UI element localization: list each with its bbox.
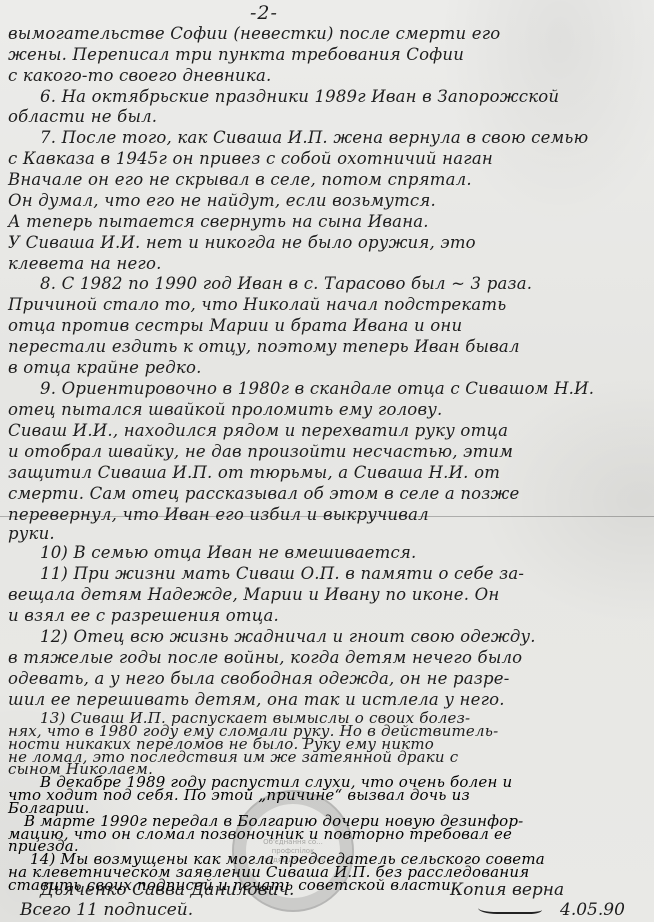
text-line: и отобрал швайку, не дав произойти несча… — [8, 442, 513, 462]
text-line: У Сиваша И.И. нет и никогда не было оруж… — [8, 233, 476, 253]
text-line: жены. Переписал три пункта требования Со… — [8, 45, 464, 65]
text-line: одевать, а у него была свободная одежда,… — [8, 669, 510, 689]
list-item-12: 12) Отец всю жизнь жадничал и гноит свою… — [40, 627, 536, 647]
text-line: клевета на него. — [8, 254, 162, 274]
signature-count: Всего 11 подписей. — [20, 900, 193, 920]
text-line: с какого-то своего дневника. — [8, 66, 271, 86]
text-line: перевернул, что Иван его избил и выкручи… — [8, 505, 429, 525]
text-line: перестали ездить к отцу, поэтому теперь … — [8, 337, 520, 357]
page-number: -2- — [250, 2, 278, 24]
list-item-9: 9. Ориентировочно в 1980г в скандале отц… — [40, 379, 594, 399]
text-line: Вначале он его не скрывал в селе, потом … — [8, 170, 472, 190]
text-line: в тяжелые годы после войны, когда детям … — [8, 648, 522, 668]
certification-date: 4.05.90 — [560, 900, 625, 920]
paragraph-december-1989: В декабре 1989 году распустил слухи, что… — [40, 775, 512, 789]
stamp-text: Об'єднання со... профспілок трудящих ...… — [258, 838, 328, 865]
list-item-7: 7. После того, как Сиваша И.П. жена верн… — [40, 128, 588, 148]
text-line: смерти. Сам отец рассказывал об этом в с… — [8, 484, 519, 504]
text-line: и взял ее с разрешения отца. — [8, 606, 279, 626]
list-item-6: 6. На октябрьские праздники 1989г Иван в… — [40, 87, 559, 107]
text-line: вещала детям Надежде, Марии и Ивану по и… — [8, 585, 499, 605]
text-line: с Кавказа в 1945г он привез с собой охот… — [8, 149, 493, 169]
text-line: области не был. — [8, 107, 157, 127]
text-line: Сиваш И.И., находился рядом и перехватил… — [8, 421, 508, 441]
signatory-name: Дьяченко Савва Данилович. — [40, 880, 294, 900]
list-item-8: 8. С 1982 по 1990 год Иван в с. Тарасово… — [40, 274, 532, 294]
text-line: вымогательстве Софии (невестки) после см… — [8, 24, 500, 44]
text-line: в отца крайне редко. — [8, 358, 202, 378]
text-line: Он думал, что его не найдут, если возьму… — [8, 191, 436, 211]
text-line: руки. — [8, 524, 55, 544]
text-line: отец пытался швайкой проломить ему голов… — [8, 400, 442, 420]
text-line: А теперь пытается свернуть на сына Ивана… — [8, 212, 429, 232]
list-item-11: 11) При жизни мать Сиваш О.П. в памяти о… — [40, 564, 524, 584]
paper-fold-line — [0, 516, 654, 517]
text-line: Причиной стало то, что Николай начал под… — [8, 295, 506, 315]
text-line: шил ее перешивать детям, она так и истле… — [8, 690, 505, 710]
text-line: защитил Сиваша И.П. от тюрьмы, а Сиваша … — [8, 463, 500, 483]
text-line: отца против сестры Марии и брата Ивана и… — [8, 316, 462, 336]
list-item-10: 10) В семью отца Иван не вмешивается. — [40, 543, 416, 563]
